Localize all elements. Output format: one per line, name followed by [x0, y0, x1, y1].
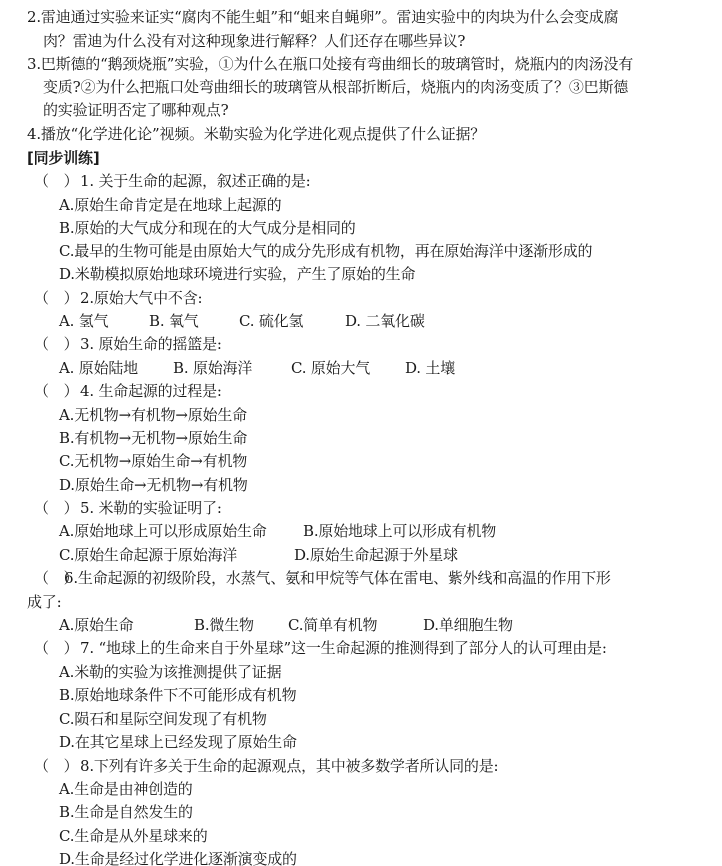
discussion-q3-line1: 3.巴斯德的“鹅颈烧瓶”实验，①为什么在瓶口处接有弯曲细长的玻璃管时，烧瓶内的肉…	[27, 54, 633, 74]
question-stem-text: 3. 原始生命的摇篮是:	[80, 335, 222, 353]
question-3-options: A. 原始陆地B. 原始海洋C. 原始大气D. 土壤	[59, 358, 455, 378]
answer-blank: （ ）	[34, 638, 80, 658]
discussion-q2-line1: 2.雷迪通过实验来证实“腐肉不能生蛆”和“蛆来自蝇卵”。雷迪实验中的肉块为什么会…	[27, 7, 618, 27]
question-stem-text: 7. “地球上的生命来自于外星球”这一生命起源的推测得到了部分人的认可理由是:	[80, 639, 607, 657]
question-5-option-c: C.原始生命起源于原始海洋	[59, 545, 294, 565]
question-4-option-a: A.无机物→有机物→原始生命	[59, 405, 247, 425]
question-stem-text: 6.生命起源的初级阶段，水蒸气、氨和甲烷等气体在雷电、紫外线和高温的作用下形	[64, 569, 611, 587]
answer-blank: （ ）	[34, 171, 80, 191]
question-3-option-a: A. 原始陆地	[59, 358, 173, 378]
question-stem-text: 5. 米勒的实验证明了:	[80, 499, 222, 517]
question-stem-text: 2.原始大气中不含:	[80, 289, 202, 307]
section-title: [同步训练]	[27, 148, 100, 168]
answer-blank: （ ）	[34, 288, 80, 308]
question-6-stem-cont: 成了:	[27, 592, 61, 612]
question-6-stem: （ ）6.生命起源的初级阶段，水蒸气、氨和甲烷等气体在雷电、紫外线和高温的作用下…	[34, 568, 611, 588]
answer-blank: （ ）	[34, 334, 80, 354]
question-3-stem: （ ）3. 原始生命的摇篮是:	[34, 334, 222, 354]
discussion-q3-line2: 变质?②为什么把瓶口处弯曲细长的玻璃管从根部折断后，烧瓶内的肉汤变质了？③巴斯德	[43, 77, 628, 97]
question-5-option-a: A.原始地球上可以形成原始生命	[59, 521, 303, 541]
question-stem-text: 8.下列有许多关于生命的起源观点，其中被多数学者所认同的是:	[80, 757, 498, 775]
question-4-option-d: D.原始生命→无机物→有机物	[59, 475, 248, 495]
question-2-option-d: D. 二氧化碳	[345, 311, 425, 331]
question-5-option-b: B.原始地球上可以形成有机物	[303, 521, 496, 541]
question-3-option-b: B. 原始海洋	[173, 358, 291, 378]
question-1-option-c: C.最早的生物可能是由原始大气的成分先形成有机物，再在原始海洋中逐渐形成的	[59, 241, 592, 261]
question-5-option-d: D.原始生命起源于外星球	[294, 545, 458, 565]
question-6-option-c: C.简单有机物	[288, 615, 423, 635]
question-2-stem: （ ）2.原始大气中不含:	[34, 288, 202, 308]
question-5-options-row2: C.原始生命起源于原始海洋D.原始生命起源于外星球	[59, 545, 458, 565]
question-4-stem: （ ）4. 生命起源的过程是:	[34, 381, 222, 401]
question-4-option-c: C.无机物→原始生命→有机物	[59, 451, 247, 471]
question-1-stem: （ ）1. 关于生命的起源，叙述正确的是:	[34, 171, 311, 191]
answer-blank: （ ）	[34, 498, 80, 518]
question-8-stem: （ ）8.下列有许多关于生命的起源观点，其中被多数学者所认同的是:	[34, 756, 498, 776]
question-6-option-b: B.微生物	[194, 615, 288, 635]
worksheet-page: 2.雷迪通过实验来证实“腐肉不能生蛆”和“蛆来自蝇卵”。雷迪实验中的肉块为什么会…	[0, 0, 722, 866]
question-3-option-d: D. 土壤	[405, 358, 455, 378]
answer-blank: （ ）	[34, 381, 80, 401]
question-2-options: A. 氢气B. 氧气C. 硫化氢D. 二氧化碳	[59, 311, 425, 331]
question-7-option-d: D.在其它星球上已经发现了原始生命	[59, 732, 297, 752]
question-2-option-c: C. 硫化氢	[239, 311, 345, 331]
question-4-option-b: B.有机物→无机物→原始生命	[59, 428, 247, 448]
discussion-q4-line1: 4.播放“化学进化论”视频。米勒实验为化学进化观点提供了什么证据？	[27, 124, 485, 144]
question-1-option-b: B.原始的大气成分和现在的大气成分是相同的	[59, 218, 356, 238]
question-1-option-a: A.原始生命肯定是在地球上起源的	[59, 195, 281, 215]
question-5-stem: （ ）5. 米勒的实验证明了:	[34, 498, 222, 518]
question-7-option-a: A.米勒的实验为该推测提供了证据	[59, 662, 281, 682]
question-7-stem: （ ）7. “地球上的生命来自于外星球”这一生命起源的推测得到了部分人的认可理由…	[34, 638, 607, 658]
question-1-option-d: D.米勒模拟原始地球环境进行实验，产生了原始的生命	[59, 264, 415, 284]
question-6-options: A.原始生命B.微生物C.简单有机物D.单细胞生物	[59, 615, 513, 635]
answer-blank: （ ）	[34, 568, 64, 588]
question-7-option-c: C.陨石和星际空间发现了有机物	[59, 709, 267, 729]
question-3-option-c: C. 原始大气	[291, 358, 405, 378]
question-6-option-d: D.单细胞生物	[423, 615, 513, 635]
question-8-option-d: D.生命是经过化学进化逐渐演变成的	[59, 849, 297, 866]
question-8-option-c: C.生命是从外星球来的	[59, 826, 208, 846]
question-2-option-a: A. 氢气	[59, 311, 149, 331]
question-7-option-b: B.原始地球条件下不可能形成有机物	[59, 685, 296, 705]
question-stem-text: 1. 关于生命的起源，叙述正确的是:	[80, 172, 311, 190]
question-5-options-row1: A.原始地球上可以形成原始生命B.原始地球上可以形成有机物	[59, 521, 496, 541]
question-8-option-b: B.生命是自然发生的	[59, 802, 193, 822]
question-6-option-a: A.原始生命	[59, 615, 194, 635]
question-8-option-a: A.生命是由神创造的	[59, 779, 193, 799]
answer-blank: （ ）	[34, 756, 80, 776]
discussion-q3-line3: 的实验证明否定了哪种观点?	[43, 100, 228, 120]
question-stem-text: 4. 生命起源的过程是:	[80, 382, 222, 400]
discussion-q2-line2: 肉？雷迪为什么没有对这种现象进行解释？人们还存在哪些异议?	[43, 31, 465, 51]
question-2-option-b: B. 氧气	[149, 311, 239, 331]
